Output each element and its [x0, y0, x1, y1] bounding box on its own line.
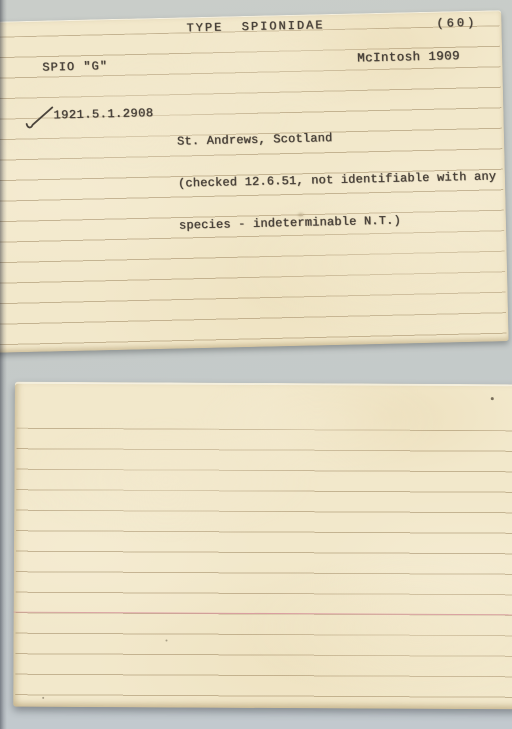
paper-speck: [42, 697, 44, 699]
scanned-card-image: TYPE SPIONIDAE (60) SPIO "G" McIntosh 19…: [0, 0, 512, 729]
paper-speck: [165, 639, 167, 641]
author-year: McIntosh 1909: [357, 49, 460, 65]
index-card-bottom: [13, 382, 512, 710]
scan-edge-shadow: [0, 0, 7, 729]
paper-speck: [491, 397, 494, 400]
registration-number: 1921.5.1.2908: [53, 106, 153, 122]
pink-ruled-line: [14, 612, 512, 616]
index-card-top: TYPE SPIONIDAE (60) SPIO "G" McIntosh 19…: [0, 10, 509, 353]
checkmark-icon: [24, 104, 55, 131]
card-number: (60): [436, 16, 477, 31]
locality-note: St. Andrews, Scotland (checked 12.6.51, …: [176, 99, 498, 260]
note-line-2: species - indeterminable N.T.): [179, 211, 498, 232]
species-label: SPIO "G": [42, 59, 108, 74]
locality-line: St. Andrews, Scotland: [177, 127, 496, 148]
note-line-1: (checked 12.6.51, not identifiable with …: [178, 169, 497, 190]
card-title: TYPE SPIONIDAE: [186, 18, 324, 35]
